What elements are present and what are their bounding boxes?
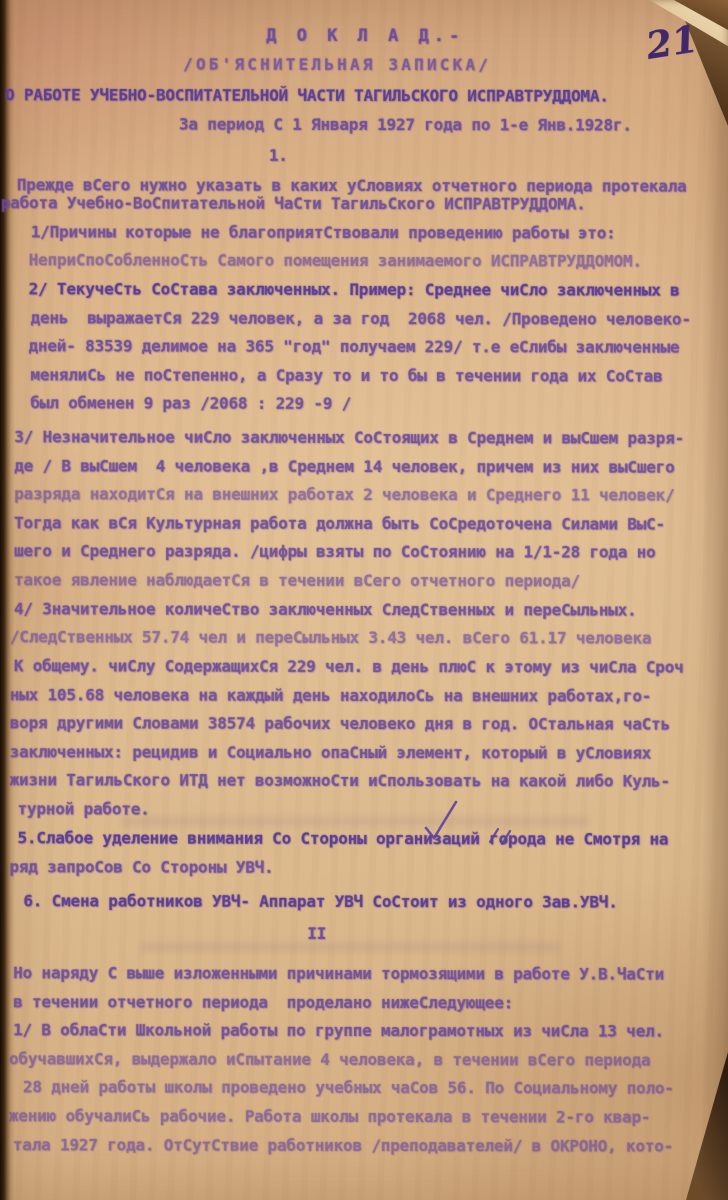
document-line: день выражаетСя 229 человек, а за год 20…: [31, 308, 691, 329]
document-line: был обменен 9 раз /2068 : 229 -9 /: [30, 393, 351, 414]
document-line: /ОБ'ЯСНИТЕЛЬНАЯ ЗАПИСКА/: [183, 55, 491, 76]
document-line: 4/ Значительное количеСтво заключенных С…: [14, 599, 637, 620]
document-line: За период С 1 Января 1927 года по 1-е Ян…: [179, 115, 632, 136]
document-line: 2/ ТекучеСть СоСтава заключенных. Пример…: [29, 279, 680, 300]
document-line: НеприСпоСобленноСть Самого помещения зан…: [29, 250, 642, 271]
document-line: менялиСь не поСтепенно, а Сразу то и то …: [30, 365, 662, 386]
document-line: /СледСтвенных 57.74 чел и переСыльных 3.…: [10, 627, 651, 648]
document-line: Но наряду С выше изложенными причинами т…: [13, 963, 664, 984]
document-line: 3/ Незначительное чиСло заключенных СоСт…: [14, 427, 684, 448]
document-line: II: [307, 924, 326, 944]
document-line: Тогда как вСя Культурная работа должна б…: [14, 513, 665, 534]
document-line: шего и Среднего разряда. /цифры взяты по…: [14, 541, 655, 562]
document-line: ряд запроСов Со Стороны УВЧ.: [9, 857, 273, 878]
document-line: турной работе.: [18, 799, 150, 819]
document-line: К общему. чиСлу СодержащихСя 229 чел. в …: [14, 656, 684, 677]
document-line: 1/Причины которые не благоприятСтвовали …: [31, 222, 616, 243]
document-line: обучавшихСя, выдержало иСпытание 4 челов…: [9, 1049, 650, 1070]
document-line: дней- 83539 делимое на 365 "год" получае…: [29, 336, 680, 357]
document-line: воря другими Словами 38574 рабочих челов…: [10, 713, 670, 734]
document-line: жизни ТагильСкого ИТД нет возможноСти иС…: [10, 770, 670, 791]
document-line: 6. Смена работников УВЧ- Аппарат УВЧ СоС…: [23, 891, 617, 912]
document-line: жению обучалиСь рабочие. Работа школы пр…: [9, 1106, 650, 1127]
document-line: 1.: [269, 146, 288, 166]
document-line: разряда находитСя на внешних работах 2 ч…: [14, 484, 674, 505]
document-line: О РАБОТЕ УЧЕБНО-ВОСПИТАТЕЛЬНОЙ ЧАСТИ ТАГ…: [5, 85, 609, 106]
document-line: де / В выСшем 4 человека ,в Среднем 14 ч…: [14, 456, 674, 477]
document-line: такое явление наблюдаетСя в течении вСег…: [14, 570, 580, 591]
document-line: 5.Слабое уделение внимания Со Стороны ор…: [17, 828, 668, 849]
document-line: тала 1927 года. ОтСутСтвие работников /п…: [13, 1135, 673, 1156]
document-line: Д О К Л А Д.-: [266, 26, 464, 46]
document-line: в течении отчетного периода проделано ни…: [13, 992, 513, 1013]
document-line: ных 105.68 человека на каждый день наход…: [10, 685, 651, 706]
scanned-document-page: 21 Д О К Л А Д.-/ОБ'ЯСНИТЕЛЬНАЯ ЗАПИСКА/…: [0, 0, 728, 1200]
document-line: 28 дней работы школы проведено учебных ч…: [23, 1077, 674, 1098]
typewritten-text-block: Д О К Л А Д.-/ОБ'ЯСНИТЕЛЬНАЯ ЗАПИСКА/О Р…: [0, 0, 728, 1200]
document-line: заключенных: рецидив и Социально опаСный…: [10, 742, 651, 763]
document-line: 1/ В облаСти Школьной работы по группе м…: [13, 1020, 664, 1041]
document-line: работа Учебно-ВоСпитательной ЧаСти Тагил…: [1, 193, 586, 214]
